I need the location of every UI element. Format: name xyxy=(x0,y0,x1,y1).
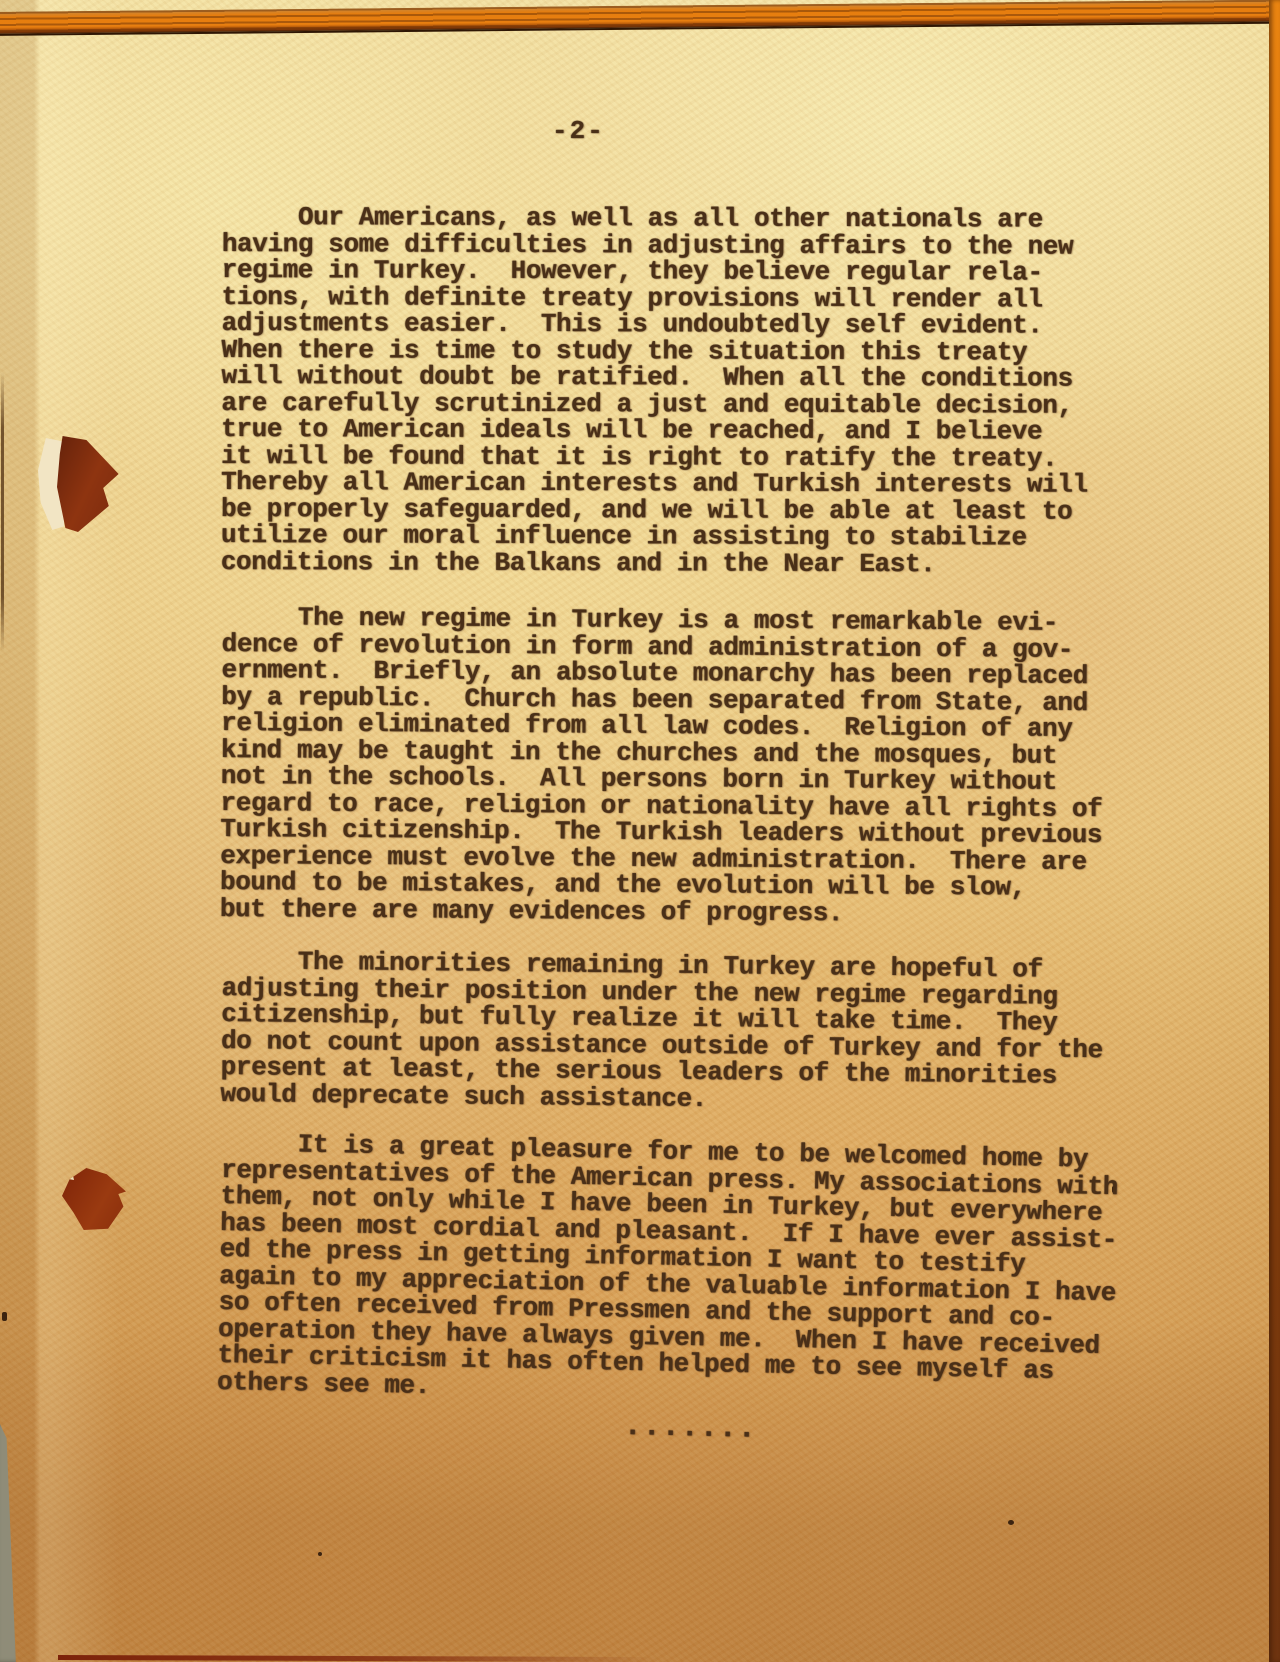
paragraph-treaty-ratification: Our Americans, as well as all other nati… xyxy=(221,204,1089,578)
paragraph-minorities: The minorities remaining in Turkey are h… xyxy=(220,948,1103,1116)
paper-tear-upper xyxy=(38,420,120,538)
typewritten-text-block: -2- Our Americans, as well as all other … xyxy=(222,0,1202,1662)
wood-frame-right xyxy=(1269,0,1280,1662)
end-mark-dots: ....... xyxy=(623,1414,757,1443)
scanned-document-page: { "colors":{"paper":"#eccd87","ink":"#48… xyxy=(0,0,1280,1662)
paragraph-new-regime: The new regime in Turkey is a most remar… xyxy=(220,604,1104,928)
page-number: -2- xyxy=(552,118,605,145)
left-edge-scratch xyxy=(1,372,4,652)
paragraph-american-press: It is a great pleasure for me to be welc… xyxy=(217,1130,1119,1412)
ink-speck xyxy=(2,1312,7,1321)
